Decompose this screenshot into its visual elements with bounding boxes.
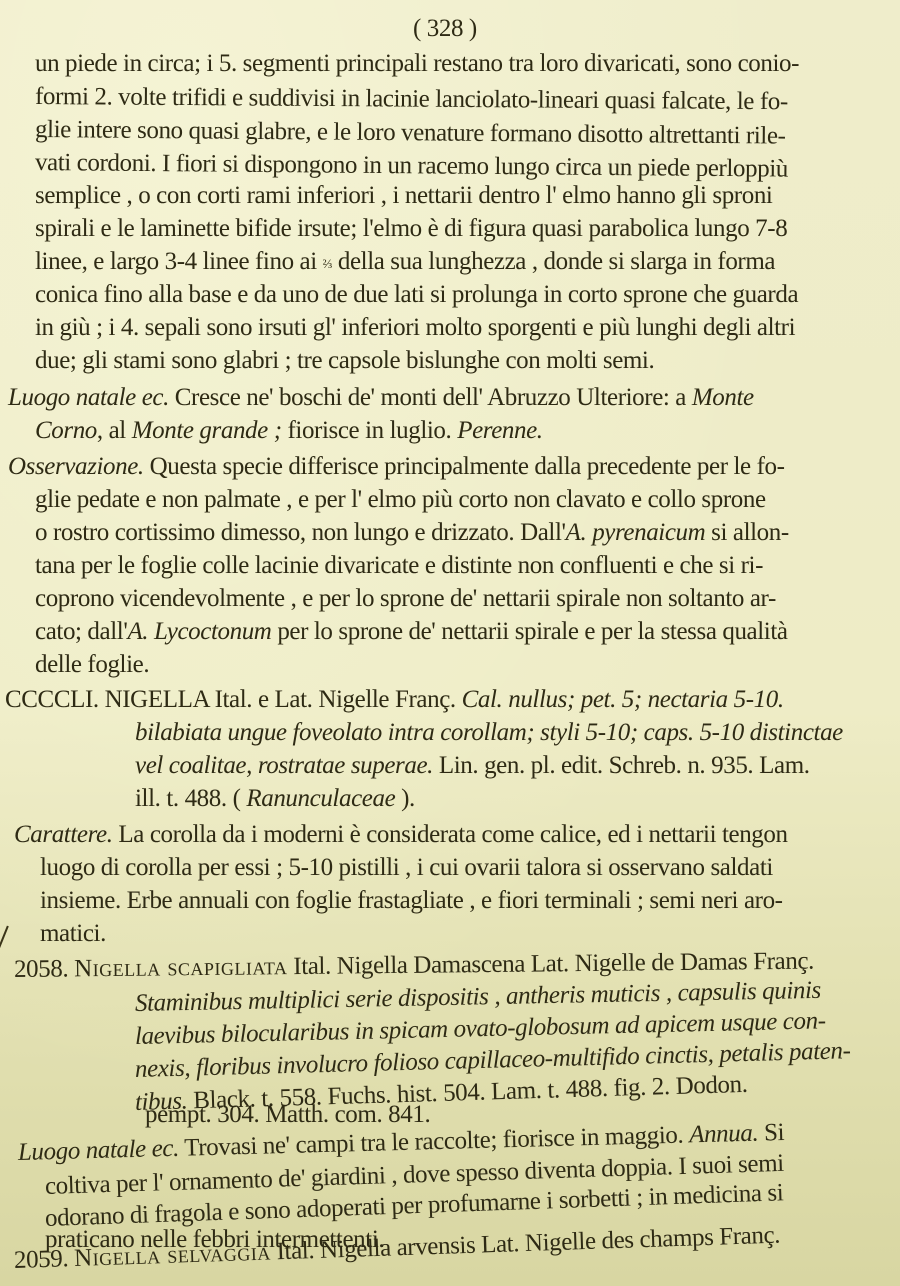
carattere-line: Carattere. La corolla da i moderni è con…: [14, 820, 788, 850]
diagnosis-line: ill. t. 488. ( Ranunculaceae ).: [135, 784, 415, 814]
section-label: Luogo natale ec.: [18, 1135, 180, 1166]
diagnosis: vel coalitae, rostratae superae.: [135, 752, 433, 779]
text-run: Cresce ne' boschi de' monti dell' Abruzz…: [169, 384, 692, 411]
text-line: matici.: [40, 919, 106, 949]
reference: Lin. gen. pl. edit. Schreb. n. 935. Lam.: [433, 752, 810, 779]
species-synonyms: Ital. Nigella Damascena Lat. Nigelle de …: [287, 948, 814, 981]
text-line: semplice , o con corti rami inferiori , …: [35, 181, 772, 211]
text-run: ).: [395, 785, 415, 812]
species-number: 2058.: [14, 955, 69, 983]
text-line: linee, e largo 3-4 linee fino ai ⅔ della…: [35, 247, 775, 277]
genus-name: NIGELLA Ital. e Lat. Nigelle Franç.: [99, 686, 462, 713]
species-common-name: Nigella selvaggia: [74, 1238, 272, 1272]
diagnosis: Cal. nullus; pet. 5; nectaria 5-10.: [462, 686, 784, 713]
text-run: si allon-: [705, 519, 789, 546]
text-line: due; gli stami sono glabri ; tre capsole…: [35, 346, 654, 376]
place-name: Monte: [692, 384, 754, 411]
diagnosis-line: pempt. 304. Matth. com. 841.: [145, 1100, 430, 1130]
text-run: Questa specie differisce principalmente …: [144, 453, 785, 480]
text-run: La corolla da i moderni è considerata co…: [113, 821, 788, 848]
book-page: ( 328 ) un piede in circa; i 5. segmenti…: [0, 0, 900, 1286]
text-line: spirali e le laminette bifide irsute; l'…: [35, 214, 787, 244]
text-line: glie pedate e non palmate , e per l' elm…: [35, 485, 766, 515]
section-label: Osservazione.: [8, 453, 144, 480]
duration: Annua.: [689, 1120, 759, 1149]
diagnosis-line: vel coalitae, rostratae superae. Lin. ge…: [135, 751, 810, 781]
text-run: , al: [97, 417, 132, 444]
text-run: o rostro cortissimo dimesso, non lungo e…: [35, 519, 566, 546]
luogo-natale-line-1: Luogo natale ec. Cresce ne' boschi de' m…: [8, 383, 754, 413]
luogo-natale-line-2: Corno, al Monte grande ; fiorisce in lug…: [35, 416, 543, 446]
section-label: Luogo natale ec.: [8, 384, 169, 411]
text-line: o rostro cortissimo dimesso, non lungo e…: [35, 518, 789, 548]
text-run: cato; dall': [35, 618, 127, 645]
text-run: Si: [758, 1119, 785, 1147]
text-run: della sua lunghezza , donde si slarga in…: [338, 248, 775, 275]
fraction-two-thirds: ⅔: [323, 258, 332, 269]
pencil-mark: [0, 926, 9, 951]
species-name: A. Lycoctonum: [127, 618, 271, 645]
place-name: Monte grande ;: [132, 417, 282, 444]
text-line: delle foglie.: [35, 650, 149, 680]
place-name: Corno: [35, 417, 97, 444]
genus-heading: CCCCLI. NIGELLA Ital. e Lat. Nigelle Fra…: [5, 685, 784, 715]
text-line: glie intere sono quasi glabre, e le loro…: [35, 115, 786, 152]
text-run: fiorisce in luglio.: [282, 417, 458, 444]
text-line: formi 2. volte trifidi e suddivisi in la…: [35, 82, 788, 117]
species-number: 2059.: [14, 1245, 69, 1274]
family-name: Ranunculaceae: [246, 785, 395, 812]
osservazione-line: Osservazione. Questa specie differisce p…: [8, 452, 785, 482]
text-line: luogo di corolla per essi ; 5-10 pistill…: [40, 853, 773, 883]
text-line: cato; dall'A. Lycoctonum per lo sprone d…: [35, 617, 788, 647]
text-line: conica fino alla base e da uno de due la…: [35, 280, 798, 310]
reference: ill. t. 488. (: [135, 785, 246, 812]
text-line: un piede in circa; i 5. segmenti princip…: [35, 49, 799, 79]
text-run: linee, e largo 3-4 linee fino ai: [35, 248, 317, 275]
text-line: in giù ; i 4. sepali sono irsuti gl' inf…: [35, 313, 795, 343]
section-label: Carattere.: [14, 821, 113, 848]
text-line: coprono vicendevolmente , e per lo spron…: [35, 584, 776, 614]
species-name: A. pyrenaicum: [566, 519, 706, 546]
text-line: tana per le foglie colle lacinie divaric…: [35, 551, 763, 581]
species-common-name: Nigella scapigliata: [74, 953, 288, 982]
text-line: insieme. Erbe annuali con foglie frastag…: [40, 886, 783, 916]
text-run: per lo sprone de' nettarii spirale e per…: [271, 618, 787, 645]
duration: Perenne.: [457, 417, 542, 444]
text-line: vati cordoni. I fiori si dispongono in u…: [35, 148, 788, 185]
genus-number: CCCCLI.: [5, 686, 99, 713]
diagnosis-line: bilabiata ungue foveolato intra corollam…: [135, 718, 843, 748]
page-number: ( 328 ): [413, 14, 477, 44]
